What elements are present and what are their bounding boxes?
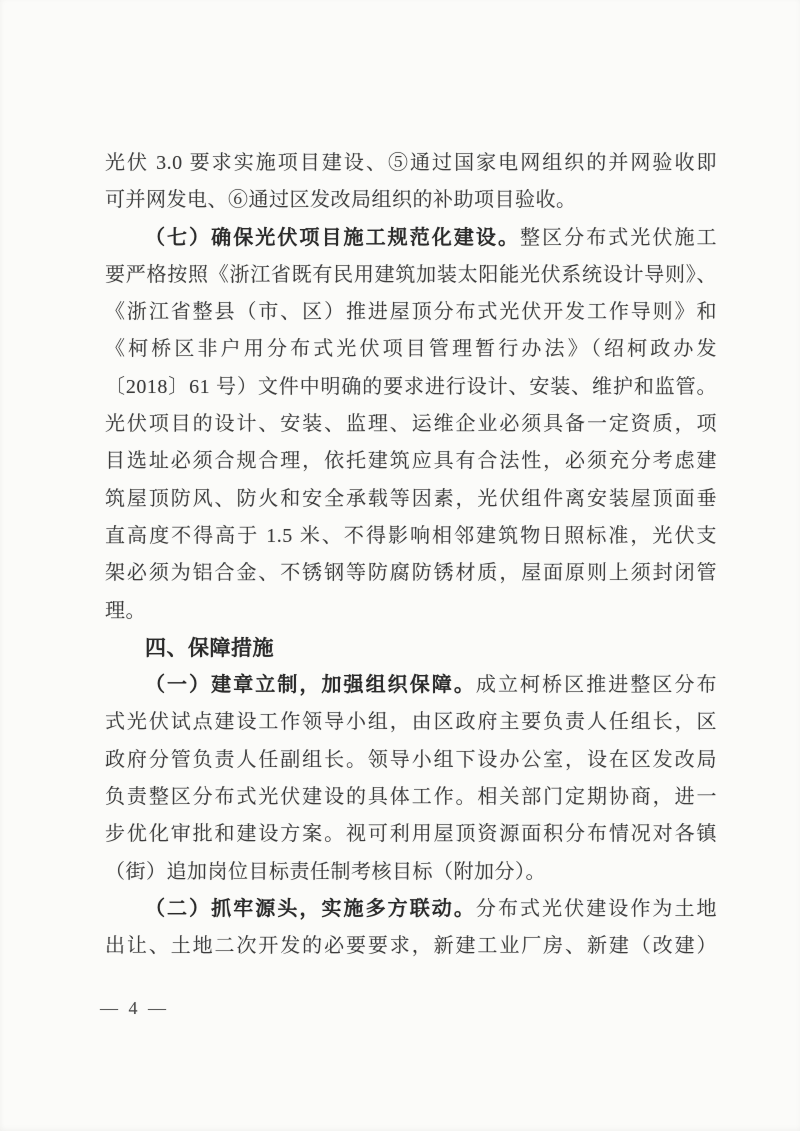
bold-text-segment: （一）建章立制，加强组织保障。 <box>145 674 476 696</box>
scanned-document-page: 光伏 3.0 要求实施项目建设、⑤通过国家电网组织的并网验收即可并网发电、⑥通过… <box>0 0 800 1131</box>
text-line: 可并网发电、⑥通过区发改局组织的补助项目验收。 <box>105 182 717 219</box>
text-line: 〔2018〕61 号）文件中明确的要求进行设计、安装、维护和监管。 <box>105 369 717 406</box>
text-segment: 光伏 3.0 要求实施项目建设、⑤通过国家电网组织的并网验收即 <box>105 152 717 174</box>
text-segment: 筑屋顶防风、防火和安全承载等因素，光伏组件离安装屋顶面垂 <box>105 488 717 510</box>
text-segment: 政府分管负责人任副组长。领导小组下设办公室，设在区发改局 <box>105 749 717 771</box>
text-line: 光伏 3.0 要求实施项目建设、⑤通过国家电网组织的并网验收即 <box>105 145 717 182</box>
text-segment: 出让、土地二次开发的必要要求，新建工业厂房、新建（改建） <box>105 935 717 957</box>
text-line: 出让、土地二次开发的必要要求，新建工业厂房、新建（改建） <box>105 928 717 965</box>
section-heading-line: 四、保障措施 <box>105 630 717 667</box>
text-line: 理。 <box>105 593 717 630</box>
text-segment: 可并网发电、⑥通过区发改局组织的补助项目验收。 <box>105 189 577 211</box>
text-line: 《柯桥区非户用分布式光伏项目管理暂行办法》（绍柯政办发 <box>105 331 717 368</box>
text-line: 政府分管负责人任副组长。领导小组下设办公室，设在区发改局 <box>105 742 717 779</box>
text-segment: 步优化审批和建设方案。视可利用屋顶资源面积分布情况对各镇 <box>105 823 717 845</box>
text-segment: 目选址必须合规合理，依托建筑应具有合法性，必须充分考虑建 <box>105 450 717 472</box>
text-line: 架必须为铝合金、不锈钢等防腐防锈材质，屋面原则上须封闭管 <box>105 555 717 592</box>
text-line: （一）建章立制，加强组织保障。成立柯桥区推进整区分布 <box>105 667 717 704</box>
document-body: 光伏 3.0 要求实施项目建设、⑤通过国家电网组织的并网验收即可并网发电、⑥通过… <box>105 145 717 966</box>
text-line: 负责整区分布式光伏建设的具体工作。相关部门定期协商，进一 <box>105 779 717 816</box>
bold-text-segment: （二）抓牢源头，实施多方联动。 <box>145 898 476 920</box>
text-segment: 要严格按照《浙江省既有民用建筑加装太阳能光伏系统设计导则》、 <box>105 264 717 286</box>
bold-text-segment: 四、保障措施 <box>145 637 274 660</box>
text-line: 《浙江省整县（市、区）推进屋顶分布式光伏开发工作导则》和 <box>105 294 717 331</box>
bold-text-segment: （七）确保光伏项目施工规范化建设。 <box>145 227 520 249</box>
text-segment: 《柯桥区非户用分布式光伏项目管理暂行办法》（绍柯政办发 <box>105 338 717 360</box>
text-line: （七）确保光伏项目施工规范化建设。整区分布式光伏施工 <box>105 220 717 257</box>
text-line: 目选址必须合规合理，依托建筑应具有合法性，必须充分考虑建 <box>105 443 717 480</box>
text-line: 要严格按照《浙江省既有民用建筑加装太阳能光伏系统设计导则》、 <box>105 257 717 294</box>
text-segment: 整区分布式光伏施工 <box>520 227 717 249</box>
text-segment: 理。 <box>105 600 146 622</box>
text-line: （街）追加岗位目标责任制考核目标（附加分）。 <box>105 854 717 891</box>
text-line: 筑屋顶防风、防火和安全承载等因素，光伏组件离安装屋顶面垂 <box>105 481 717 518</box>
text-segment: 〔2018〕61 号）文件中明确的要求进行设计、安装、维护和监管。 <box>105 376 717 398</box>
text-line: 光伏项目的设计、安装、监理、运维企业必须具备一定资质，项 <box>105 406 717 443</box>
text-segment: 架必须为铝合金、不锈钢等防腐防锈材质，屋面原则上须封闭管 <box>105 562 717 584</box>
text-segment: 光伏项目的设计、安装、监理、运维企业必须具备一定资质，项 <box>105 413 717 435</box>
text-line: 步优化审批和建设方案。视可利用屋顶资源面积分布情况对各镇 <box>105 816 717 853</box>
text-segment: （街）追加岗位目标责任制考核目标（附加分）。 <box>105 861 546 883</box>
text-segment: 负责整区分布式光伏建设的具体工作。相关部门定期协商，进一 <box>105 786 717 808</box>
text-line: 式光伏试点建设工作领导小组，由区政府主要负责人任组长，区 <box>105 704 717 741</box>
text-segment: 式光伏试点建设工作领导小组，由区政府主要负责人任组长，区 <box>105 711 717 733</box>
text-line: 直高度不得高于 1.5 米、不得影响相邻建筑物日照标准，光伏支 <box>105 518 717 555</box>
text-segment: 成立柯桥区推进整区分布 <box>476 674 717 696</box>
text-segment: 直高度不得高于 1.5 米、不得影响相邻建筑物日照标准，光伏支 <box>105 525 717 547</box>
text-segment: 《浙江省整县（市、区）推进屋顶分布式光伏开发工作导则》和 <box>105 301 717 323</box>
text-segment: 分布式光伏建设作为土地 <box>476 898 717 920</box>
page-number: — 4 — <box>100 996 169 1020</box>
text-line: （二）抓牢源头，实施多方联动。分布式光伏建设作为土地 <box>105 891 717 928</box>
